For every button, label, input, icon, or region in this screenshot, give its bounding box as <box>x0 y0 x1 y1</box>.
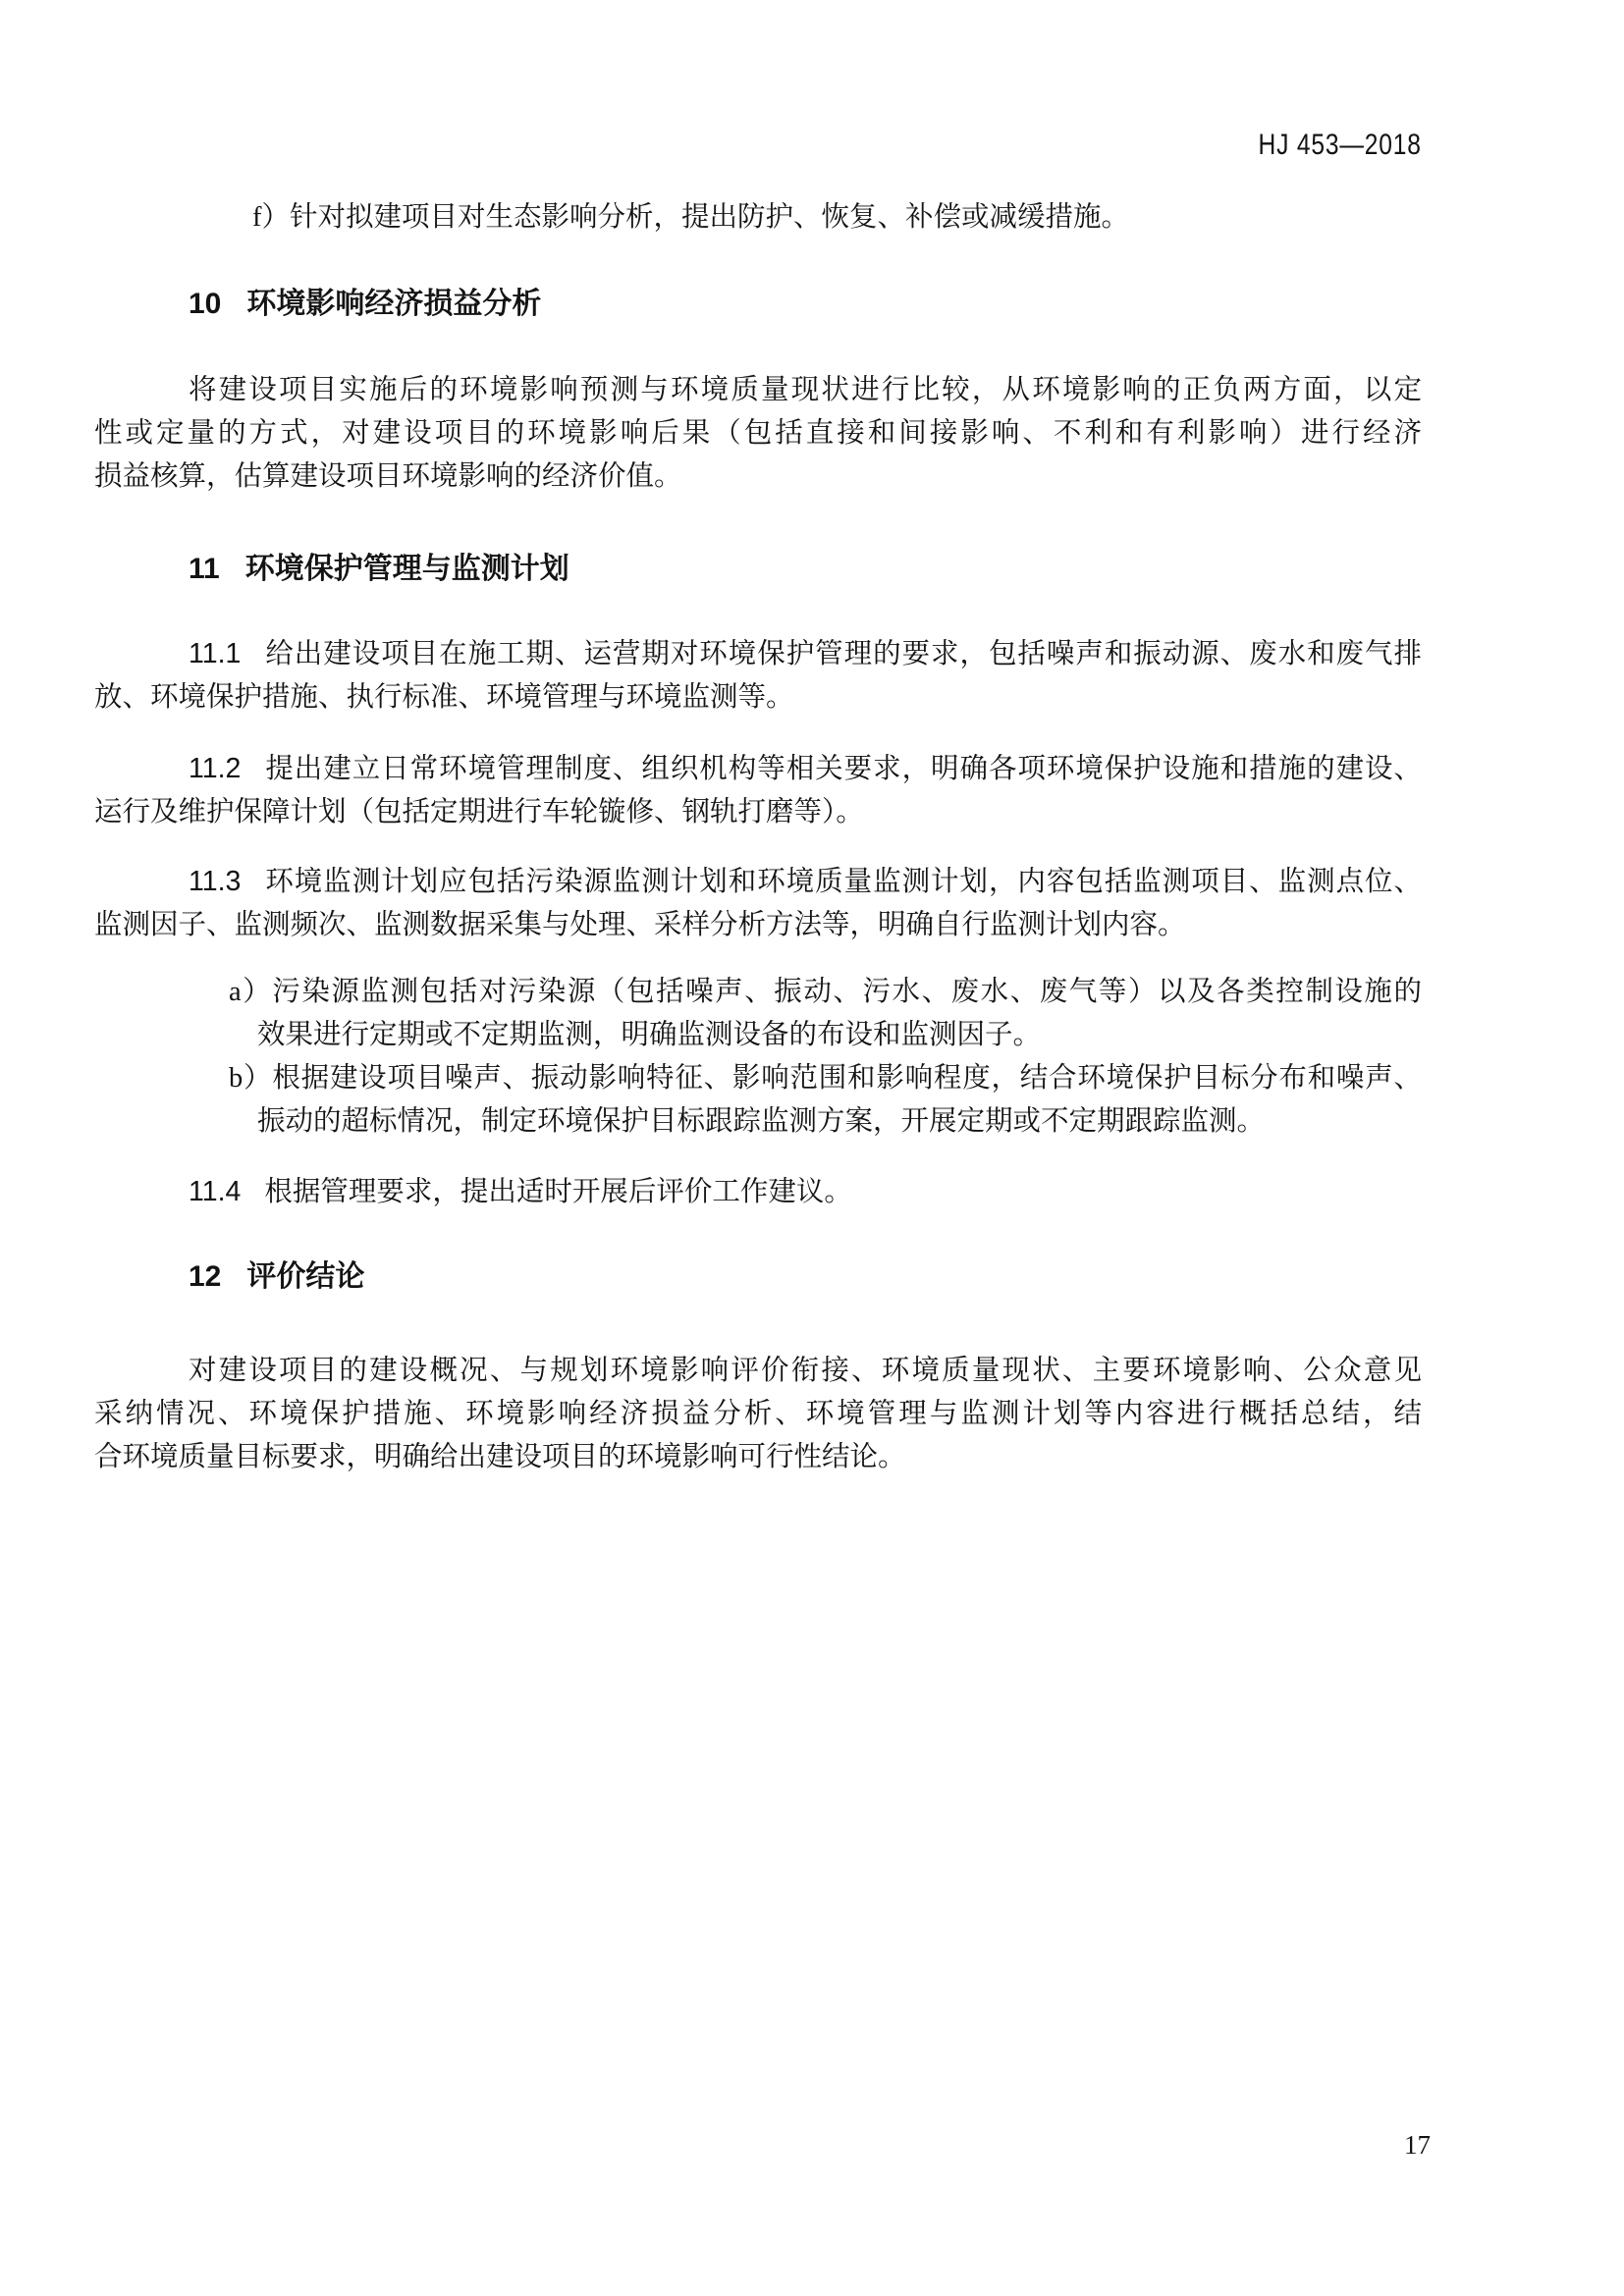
section-10-number: 10 <box>189 288 221 320</box>
paragraph-line: 合环境质量目标要求，明确给出建设项目的环境影响可行性结论。 <box>94 1436 1422 1479</box>
clause-11-3: 11.3环境监测计划应包括污染源监测计划和环境质量监测计划，内容包括监测项目、监… <box>94 860 1422 947</box>
paragraph-line: 将建设项目实施后的环境影响预测与环境质量现状进行比较，从环境影响的正负两方面，以… <box>94 369 1422 412</box>
clause-line: 11.4根据管理要求，提出适时开展后评价工作建议。 <box>94 1170 1422 1214</box>
list-item-text: 根据建设项目噪声、振动影响特征、影响范围和影响程度，结合环境保护目标分布和噪声、 <box>272 1063 1422 1094</box>
clause-number: 11.4 <box>189 1176 241 1207</box>
list-item-line: a）污染源监测包括对污染源（包括噪声、振动、污水、废水、废气等）以及各类控制设施… <box>94 971 1422 1014</box>
section-12-heading: 12评价结论 <box>94 1255 1422 1299</box>
section-11-number: 11 <box>189 553 220 585</box>
section-10-heading: 10环境影响经济损益分析 <box>94 283 1422 326</box>
list-item-line: b）根据建设项目噪声、振动影响特征、影响范围和影响程度，结合环境保护目标分布和噪… <box>94 1057 1422 1100</box>
clause-text: 提出建立日常环境管理制度、组织机构等相关要求，明确各项环境保护设施和措施的建设、 <box>264 754 1422 784</box>
section-12-number: 12 <box>189 1260 221 1293</box>
clause-number: 11.3 <box>189 866 241 897</box>
clause-text: 给出建设项目在施工期、运营期对环境保护管理的要求，包括噪声和振动源、废水和废气排 <box>264 639 1422 669</box>
list-item-b: b）根据建设项目噪声、振动影响特征、影响范围和影响程度，结合环境保护目标分布和噪… <box>94 1057 1422 1144</box>
clause-line: 运行及维护保障计划（包括定期进行车轮镟修、钢轨打磨等）。 <box>94 791 1422 834</box>
clause-line: 放、环境保护措施、执行标准、环境管理与环境监测等。 <box>94 676 1422 720</box>
list-item-line: 振动的超标情况，制定环境保护目标跟踪监测方案，开展定期或不定期跟踪监测。 <box>94 1100 1422 1144</box>
clause-line: 监测因子、监测频次、监测数据采集与处理、采样分析方法等，明确自行监测计划内容。 <box>94 904 1422 947</box>
standard-number: HJ 453—2018 <box>1259 124 1422 167</box>
document-header: HJ 453—2018 <box>94 124 1422 167</box>
list-item-text: 污染源监测包括对污染源（包括噪声、振动、污水、废水、废气等）以及各类控制设施的 <box>272 977 1422 1007</box>
paragraph-line: 损益核算，估算建设项目环境影响的经济价值。 <box>94 455 1422 499</box>
section-12-paragraph: 对建设项目的建设概况、与规划环境影响评价衔接、环境质量现状、主要环境影响、公众意… <box>94 1350 1422 1479</box>
list-item-line: 效果进行定期或不定期监测，明确监测设备的布设和监测因子。 <box>94 1014 1422 1057</box>
document-content: HJ 453—2018 f）针对拟建项目对生态影响分析，提出防护、恢复、补偿或减… <box>94 0 1422 1479</box>
list-item-a: a）污染源监测包括对污染源（包括噪声、振动、污水、废水、废气等）以及各类控制设施… <box>94 971 1422 1057</box>
section-11-heading: 11环境保护管理与监测计划 <box>94 548 1422 591</box>
paragraph-line: 对建设项目的建设概况、与规划环境影响评价衔接、环境质量现状、主要环境影响、公众意… <box>94 1350 1422 1393</box>
clause-line: 11.1给出建设项目在施工期、运营期对环境保护管理的要求，包括噪声和振动源、废水… <box>94 632 1422 676</box>
clause-line: 11.2提出建立日常环境管理制度、组织机构等相关要求，明确各项环境保护设施和措施… <box>94 747 1422 791</box>
section-11-title: 环境保护管理与监测计划 <box>245 553 569 585</box>
section-10-title: 环境影响经济损益分析 <box>246 288 541 320</box>
clause-text: 环境监测计划应包括污染源监测计划和环境质量监测计划，内容包括监测项目、监测点位、 <box>264 867 1422 897</box>
section-12-title: 评价结论 <box>246 1260 364 1293</box>
page-number: 17 <box>1404 2123 1431 2166</box>
list-item-b-marker: b） <box>229 1063 272 1094</box>
paragraph-line: 采纳情况、环境保护措施、环境影响经济损益分析、环境管理与监测计划等内容进行概括总… <box>94 1393 1422 1436</box>
clause-11-4: 11.4根据管理要求，提出适时开展后评价工作建议。 <box>94 1170 1422 1214</box>
list-item-f: f）针对拟建项目对生态影响分析，提出防护、恢复、补偿或减缓措施。 <box>94 196 1422 240</box>
section-10-paragraph: 将建设项目实施后的环境影响预测与环境质量现状进行比较，从环境影响的正负两方面，以… <box>94 369 1422 499</box>
clause-number: 11.1 <box>189 638 241 669</box>
clause-11-1: 11.1给出建设项目在施工期、运营期对环境保护管理的要求，包括噪声和振动源、废水… <box>94 632 1422 720</box>
paragraph-line: 性或定量的方式，对建设项目的环境影响后果（包括直接和间接影响、不利和有利影响）进… <box>94 412 1422 455</box>
list-item-a-marker: a） <box>229 977 272 1007</box>
clause-line: 11.3环境监测计划应包括污染源监测计划和环境质量监测计划，内容包括监测项目、监… <box>94 860 1422 904</box>
clause-number: 11.2 <box>189 753 241 784</box>
clause-11-2: 11.2提出建立日常环境管理制度、组织机构等相关要求，明确各项环境保护设施和措施… <box>94 747 1422 834</box>
document-page: HJ 453—2018 f）针对拟建项目对生态影响分析，提出防护、恢复、补偿或减… <box>0 0 1624 2296</box>
clause-text: 根据管理要求，提出适时开展后评价工作建议。 <box>264 1177 852 1207</box>
